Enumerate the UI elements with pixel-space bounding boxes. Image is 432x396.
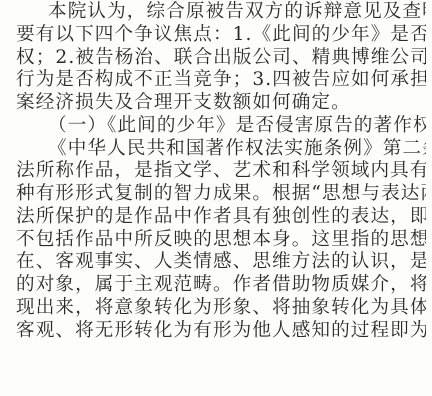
text-line: 《中华人民共和国著作权法实施条例》第二条规定，著作权 bbox=[16, 138, 426, 161]
text-line: 不包括作品中所反映的思想本身。这里指的思想，包括对物质存 bbox=[16, 229, 426, 252]
text-line: 权；2.被告杨治、联合出版公司、精典博维公司、广州购书中心 bbox=[16, 47, 426, 70]
document-page: 本院认为，综合原被告双方的诉辩意见及查明事实，本案主 要有以下四个争议焦点：1.… bbox=[0, 0, 432, 396]
paragraph-court-opinion-intro: 本院认为，综合原被告双方的诉辩意见及查明事实，本案主 要有以下四个争议焦点：1.… bbox=[16, 1, 426, 115]
text-line: 法所保护的是作品中作者具有独创性的表达，即思想的表现形式， bbox=[16, 206, 426, 229]
text-line: 在、客观事实、人类情感、思维方法的认识，是被描述、被表现 bbox=[16, 251, 426, 274]
paragraph-copyright-law-analysis: 《中华人民共和国著作权法实施条例》第二条规定，著作权 法所称作品，是指文学、艺术… bbox=[16, 138, 426, 343]
text-line: 案经济损失及合理开支数额如何确定。 bbox=[16, 92, 426, 115]
text-line: 种有形形式复制的智力成果。根据“思想与表达两分法”，著作权 bbox=[16, 183, 426, 206]
text-line: 法所称作品，是指文学、艺术和科学领域内具有独创性并能以某 bbox=[16, 160, 426, 183]
text-line: 要有以下四个争议焦点：1.《此间的少年》是否侵害原告的著作 bbox=[16, 24, 426, 47]
text-line: 本院认为，综合原被告双方的诉辩意见及查明事实，本案主 bbox=[16, 1, 426, 24]
text-line: 行为是否构成不正当竞争；3.四被告应如何承担侵权责任；4.本 bbox=[16, 69, 426, 92]
heading-text: （一）《此间的少年》是否侵害原告的著作权 bbox=[16, 115, 426, 138]
section-heading: （一）《此间的少年》是否侵害原告的著作权 bbox=[16, 115, 426, 138]
text-line: 的对象，属于主观范畴。作者借助物质媒介，将构思诉诸形式表 bbox=[16, 274, 426, 297]
text-line: 现出来，将意象转化为形象、将抽象转化为具体、将主观转化为 bbox=[16, 297, 426, 320]
text-line: 客观、将无形转化为有形为他人感知的过程即为创作，创作形成 bbox=[16, 320, 426, 343]
